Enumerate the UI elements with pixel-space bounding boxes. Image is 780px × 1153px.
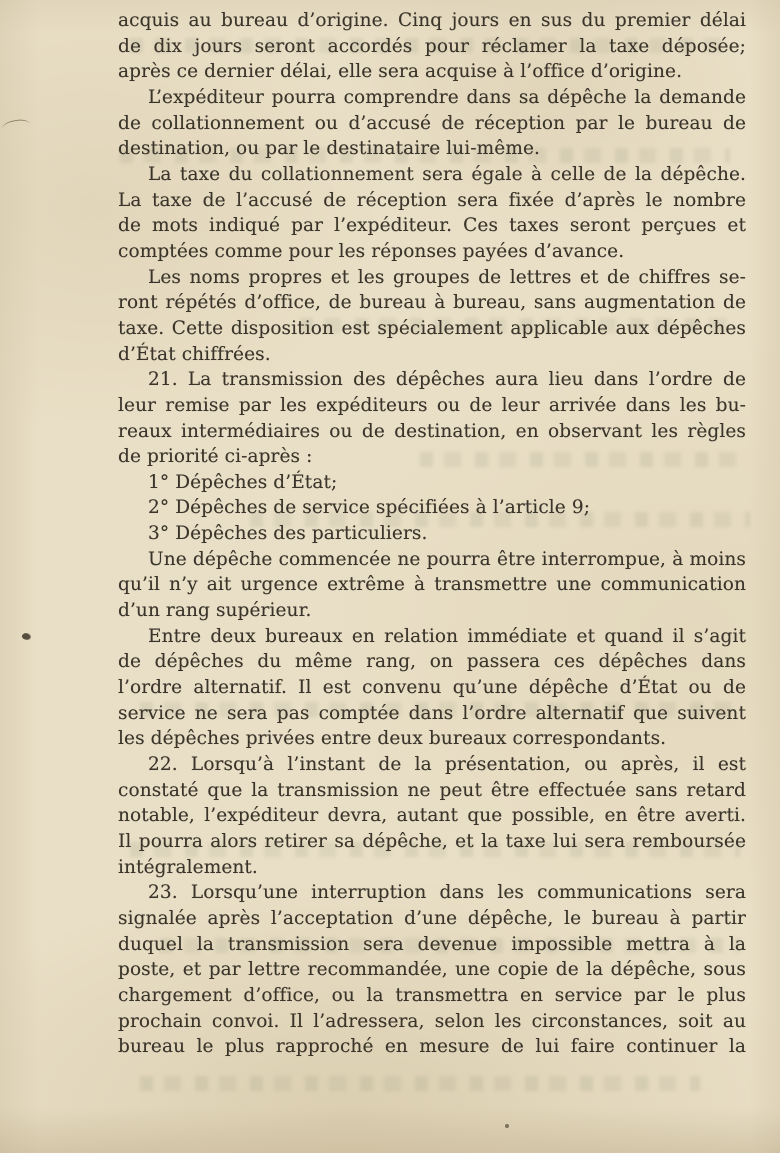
text-line: 21. La transmission des dépêches aura li…	[118, 367, 746, 393]
text-line: La taxe de l’accusé de réception sera fi…	[118, 188, 746, 214]
text-line: chargement d’office, ou la transmettra e…	[118, 983, 746, 1009]
text-line: notable, l’expéditeur devra, autant que …	[118, 803, 746, 829]
page-text-block: acquis au bureau d’origine. Cinq jours e…	[118, 8, 746, 1060]
text-line: d’État chiffrées.	[118, 342, 746, 368]
text-line: les dépêches privées entre deux bureaux …	[118, 726, 746, 752]
text-line: poste, et par lettre recommandée, une co…	[118, 957, 746, 983]
text-line: Il pourra alors retirer sa dépêche, et l…	[118, 829, 746, 855]
text-line: de dix jours seront accordés pour réclam…	[118, 34, 746, 60]
bleed-through-band	[140, 1076, 700, 1091]
text-line: leur remise par les expéditeurs ou de le…	[118, 393, 746, 419]
text-line: intégralement.	[118, 855, 746, 881]
text-line: L’expéditeur pourra comprendre dans sa d…	[118, 85, 746, 111]
text-line: après ce dernier délai, elle sera acquis…	[118, 59, 746, 85]
ink-speck	[21, 632, 32, 641]
ink-dot	[505, 1124, 509, 1128]
text-line: constaté que la transmission ne peut êtr…	[118, 778, 746, 804]
text-line: de dépêches du même rang, on passera ces…	[118, 649, 746, 675]
text-line: signalée après l’acceptation d’une dépêc…	[118, 906, 746, 932]
text-line: d’un rang supérieur.	[118, 598, 746, 624]
text-line: prochain convoi. Il l’adressera, selon l…	[118, 1009, 746, 1035]
text-line: de mots indiqué par l’expéditeur. Ces ta…	[118, 213, 746, 239]
scanned-page: acquis au bureau d’origine. Cinq jours e…	[0, 0, 780, 1153]
text-line: de collationnement ou d’accusé de récept…	[118, 111, 746, 137]
text-line: Entre deux bureaux en relation immédiate…	[118, 624, 746, 650]
text-line: Une dépêche commencée ne pourra être int…	[118, 547, 746, 573]
text-line: 23. Lorsqu’une interruption dans les com…	[118, 880, 746, 906]
text-line: 3° Dépêches des particuliers.	[118, 521, 746, 547]
text-line: 22. Lorsqu’à l’instant de la présentatio…	[118, 752, 746, 778]
text-line: La taxe du collationnement sera égale à …	[118, 162, 746, 188]
text-line: taxe. Cette disposition est spécialement…	[118, 316, 746, 342]
text-line: reaux intermédiaires ou de destination, …	[118, 419, 746, 445]
text-line: destination, ou par le destinataire lui-…	[118, 136, 746, 162]
text-line: bureau le plus rapproché en mesure de lu…	[118, 1034, 746, 1060]
text-line: l’ordre alternatif. Il est convenu qu’un…	[118, 675, 746, 701]
text-line: Les noms propres et les groupes de lettr…	[118, 265, 746, 291]
text-line: 2° Dépêches de service spécifiées à l’ar…	[118, 495, 746, 521]
pencil-mark	[1, 118, 31, 136]
text-line: comptées comme pour les réponses payées …	[118, 239, 746, 265]
text-line: service ne sera pas comptée dans l’ordre…	[118, 701, 746, 727]
text-line: de priorité ci-après :	[118, 444, 746, 470]
text-line: qu’il n’y ait urgence extrême à transmet…	[118, 572, 746, 598]
text-line: ront répétés d’office, de bureau à burea…	[118, 290, 746, 316]
text-line: 1° Dépêches d’État;	[118, 470, 746, 496]
text-line: acquis au bureau d’origine. Cinq jours e…	[118, 8, 746, 34]
text-line: duquel la transmission sera devenue impo…	[118, 932, 746, 958]
